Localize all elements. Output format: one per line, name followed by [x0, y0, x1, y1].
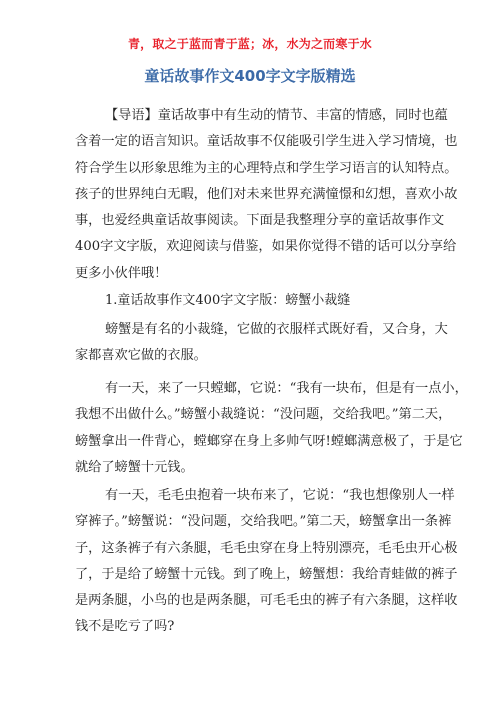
document-page: 青，取之于蓝而青于蓝；冰，水为之而寒于水 童话故事作文400字文字版精选 【导语… — [0, 0, 500, 708]
intro-line: 符合学生以形象思维为主的心理特点和学生学习语言的认知特点。 — [75, 156, 435, 182]
story-paragraph-1: 螃蟹是有名的小裁缝，它做的衣服样式既好看，又合身，大 家都喜欢它做的衣服。 — [75, 317, 435, 370]
story-paragraph-2: 有一天，来了一只螳螂，它说：“我有一块布，但是有一点小， 我想不出做什么。”螃蟹… — [75, 376, 435, 481]
paragraph-line: 有一天，来了一只螳螂，它说：“我有一块布，但是有一点小， — [75, 376, 435, 402]
story-paragraph-3: 有一天，毛毛虫抱着一块布来了，它说：“我也想像别人一样 穿裤子。”螃蟹说：“没问… — [75, 483, 435, 641]
intro-paragraph: 【导语】童话故事中有生动的情节、丰富的情感，同时也蕴 含着一定的语言知识。童话故… — [75, 103, 435, 287]
paragraph-line: 穿裤子。”螃蟹说：“没问题，交给我吧。”第二天，螃蟹拿出一条裤 — [75, 509, 435, 535]
paragraph-line: 钱不是吃亏了吗? — [75, 614, 435, 640]
section-heading-text: 1.童话故事作文400字文字版：螃蟹小裁缝 — [75, 288, 435, 314]
intro-line: 事，也爱经典童话故事阅读。下面是我整理分享的童话故事作文 — [75, 208, 435, 234]
paragraph-line: 家都喜欢它做的衣服。 — [75, 343, 435, 369]
paragraph-line: 是两条腿，小鸟的也是两条腿，可毛毛虫的裤子有六条腿，这样收 — [75, 588, 435, 614]
paragraph-line: 螃蟹是有名的小裁缝，它做的衣服样式既好看，又合身，大 — [75, 317, 435, 343]
intro-line: 孩子的世界纯白无暇，他们对未来世界充满憧憬和幻想，喜欢小故 — [75, 182, 435, 208]
intro-line: 400字文字版，欢迎阅读与借鉴，如果你觉得不错的话可以分享给 — [75, 234, 435, 260]
paragraph-line: 螃蟹拿出一件背心，螳螂穿在身上多帅气呀!螳螂满意极了，于是它 — [75, 429, 435, 455]
paragraph-line: 就给了螃蟹十元钱。 — [75, 455, 435, 481]
header-quote: 青，取之于蓝而青于蓝；冰，水为之而寒于水 — [0, 36, 500, 52]
intro-line: 含着一定的语言知识。童话故事不仅能吸引学生进入学习情境，也 — [75, 129, 435, 155]
intro-line: 【导语】童话故事中有生动的情节、丰富的情感，同时也蕴 — [75, 103, 435, 129]
section-heading: 1.童话故事作文400字文字版：螃蟹小裁缝 — [75, 288, 435, 314]
paragraph-line: 了，于是给了螃蟹十元钱。到了晚上，螃蟹想：我给青蛙做的裤子 — [75, 562, 435, 588]
paragraph-line: 有一天，毛毛虫抱着一块布来了，它说：“我也想像别人一样 — [75, 483, 435, 509]
paragraph-line: 子，这条裤子有六条腿，毛毛虫穿在身上特别漂亮，毛毛虫开心极 — [75, 536, 435, 562]
intro-line: 更多小伙伴哦！ — [75, 261, 435, 287]
document-title: 童话故事作文400字文字版精选 — [0, 66, 500, 86]
paragraph-line: 我想不出做什么。”螃蟹小裁缝说：“没问题，交给我吧。”第二天， — [75, 402, 435, 428]
